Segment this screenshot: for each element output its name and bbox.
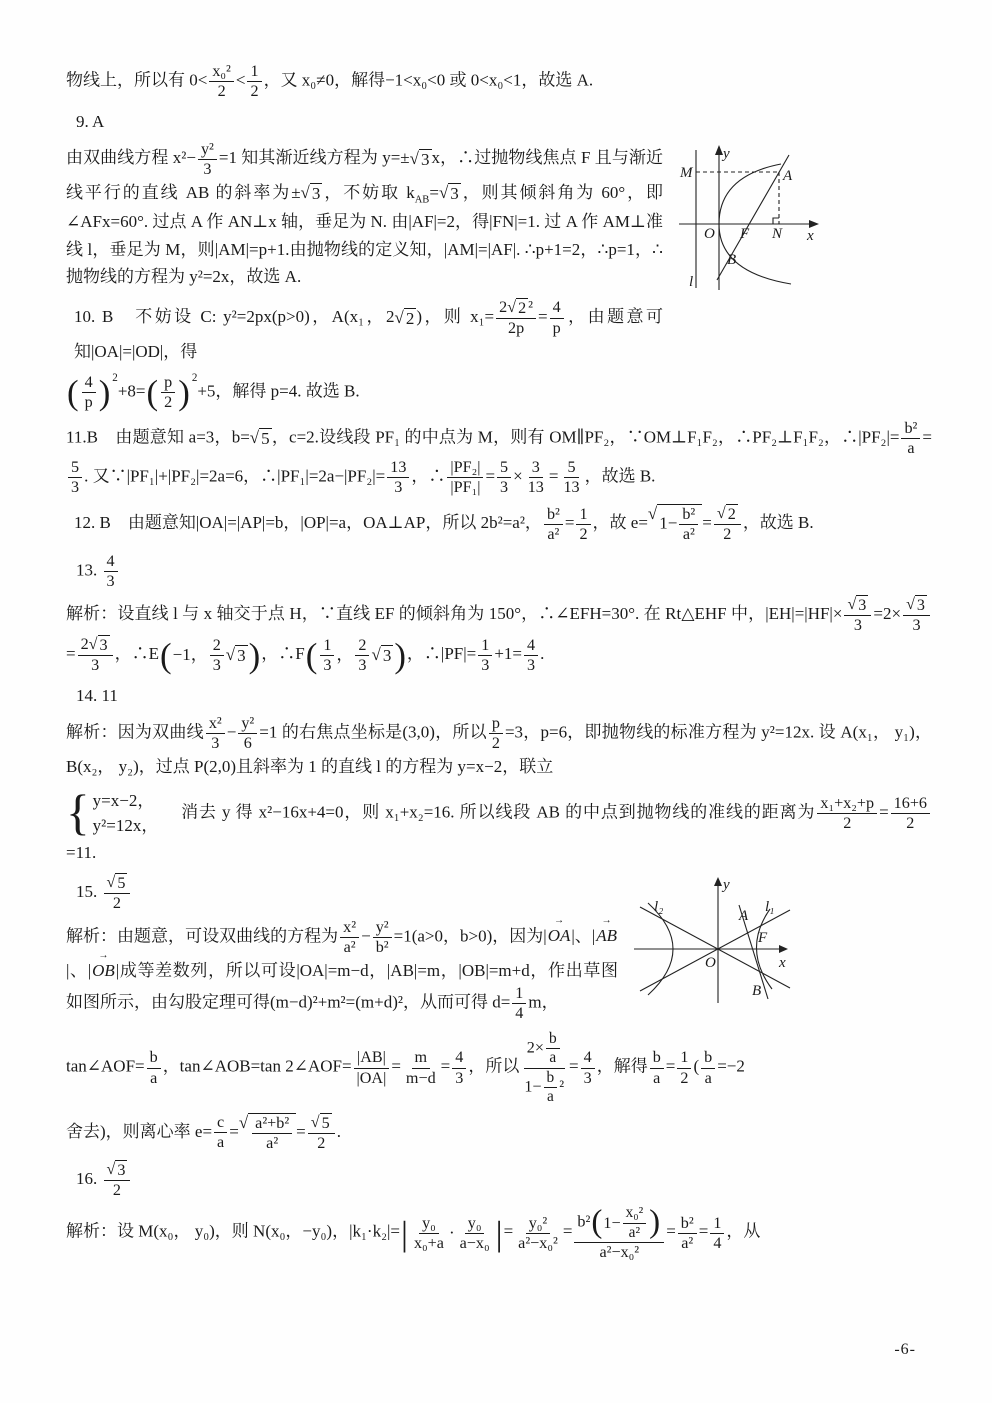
fig1-label-x: x bbox=[806, 228, 814, 244]
document-page: 物线上，所以有 0<x₀²2<12，又 x₀≠0，解得−1<x₀<0 或 0<x… bbox=[0, 0, 992, 1403]
fig1-right-angle-mark bbox=[773, 218, 779, 224]
answer-9-solution-text: 由双曲线方程 x²−y²3=1 知其渐近线方程为 y=±√3x，∴过抛物线焦点 … bbox=[66, 148, 663, 286]
answer-14-solution-part1: 解析：因为双曲线x²3−y²6=1 的右焦点坐标是(3,0)，所以p2=3，p=… bbox=[66, 714, 932, 781]
fig2-asymptote-l2 bbox=[640, 907, 790, 988]
fig1-label-a: A bbox=[782, 168, 793, 184]
fig1-label-n: N bbox=[771, 226, 783, 242]
answer-15-solution-part2: tan∠AOF=ba，tan∠AOB=tan 2∠AOF=|AB||OA|=mm… bbox=[66, 1030, 932, 1105]
fig2-y-arrow bbox=[714, 877, 722, 886]
fig2-x-arrow bbox=[779, 945, 788, 953]
answer-11-solution: 11.B 由题意知 a=3，b=√5，c=2.设线段 PF₁ 的中点为 M，则有… bbox=[66, 419, 932, 497]
answer-16-label: 16. √32 bbox=[66, 1160, 932, 1200]
fig1-drawing: y M A O F N x B l bbox=[679, 145, 819, 290]
answer-16-solution: 解析：设 M(x₀， y₀)，则 N(x₀，−y₀)，|k₁·k₂|=|y₀x₀… bbox=[66, 1204, 932, 1261]
fig1-label-l: l bbox=[689, 274, 693, 290]
answer-9-label: 9. A bbox=[66, 108, 932, 136]
figure-hyperbola: l₂ y l₁ A F O x B bbox=[632, 875, 932, 1010]
fig2-label-y: y bbox=[721, 877, 730, 893]
figure-parabola: y M A O F N x B l bbox=[677, 142, 932, 292]
fig2-asymptote-l1 bbox=[640, 910, 790, 991]
answer-14-solution-part2: {y=x−2，y²=12x， 消去 y 得 x²−16x+4=0，则 x₁+x₂… bbox=[66, 788, 932, 867]
fig1-label-y: y bbox=[721, 146, 730, 162]
fig2-label-a: A bbox=[738, 908, 749, 924]
fig2-label-f: F bbox=[757, 930, 768, 946]
answer-14-label: 14. 11 bbox=[66, 682, 932, 710]
fig1-label-o: O bbox=[704, 226, 715, 242]
fig2-label-x: x bbox=[778, 955, 786, 971]
fig2-drawing: l₂ y l₁ A F O x B bbox=[634, 877, 790, 1003]
fig1-x-arrow bbox=[809, 220, 819, 228]
fig1-y-arrow bbox=[715, 145, 723, 155]
page-number: -6- bbox=[894, 1341, 916, 1359]
answer-15-solution-part3: 舍去)，则离心率 e=ca=√a²+b²a²=√52. bbox=[66, 1113, 932, 1153]
answer-10-solution-part1: 10. B 不妨设 C: y²=2px(p>0)，A(x₁，2√2)，则 x₁=… bbox=[66, 298, 932, 366]
fig1-label-m: M bbox=[679, 165, 694, 181]
answer-10-solution-part2: (4p)2+8=(p2)2+5，解得 p=4. 故选 B. bbox=[66, 373, 932, 412]
answer-15-block: l₂ y l₁ A F O x B 15. √52 解析：由题意，可设双曲线的方… bbox=[66, 873, 932, 1023]
answer-13-solution: 解析：设直线 l 与 x 轴交于点 H，∵直线 EF 的倾斜角为 150°，∴∠… bbox=[66, 595, 932, 676]
answer-8-continuation: 物线上，所以有 0<x₀²2<12，又 x₀≠0，解得−1<x₀<0 或 0<x… bbox=[66, 62, 932, 101]
fig1-label-b: B bbox=[727, 252, 736, 268]
fig2-label-b: B bbox=[752, 983, 761, 999]
answer-12-solution: 12. B 由题意知|OA|=|AP|=b，|OP|=a，OA⊥AP，所以 2b… bbox=[66, 504, 932, 544]
fig2-label-o: O bbox=[705, 955, 716, 971]
answer-13-label: 13. 43 bbox=[66, 552, 932, 591]
fig2-label-l2: l₂ bbox=[654, 899, 663, 915]
answer-9-solution: y M A O F N x B l 由双曲线方程 x²−y²3=1 知其渐近线方… bbox=[66, 140, 932, 291]
fig2-label-l1: l₁ bbox=[765, 899, 774, 915]
fig1-label-f: F bbox=[739, 226, 750, 242]
